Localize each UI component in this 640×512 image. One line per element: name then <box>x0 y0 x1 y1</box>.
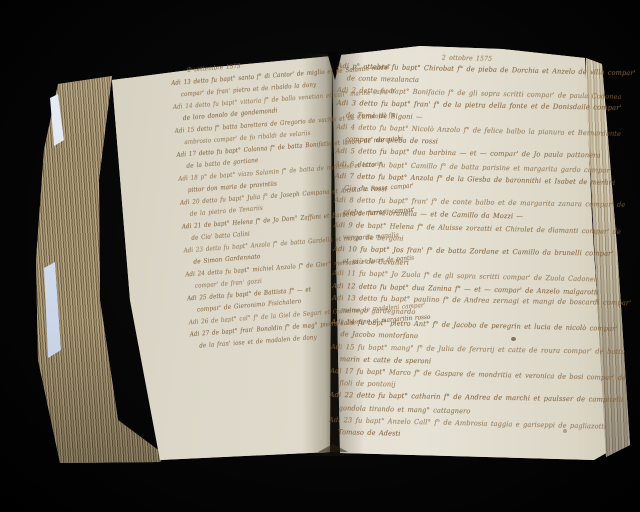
right-page-lines: Adi p° ottobre fu bapt° Chirobat f° de p… <box>329 60 592 444</box>
ink-spot-small <box>563 429 567 433</box>
photo-background: ✠ settembre 1575 Adi 13 detto fu bapt° s… <box>0 0 640 512</box>
ink-spot <box>511 337 516 341</box>
right-page-text: 2 ottobre 1575 Adi p° ottobre fu bapt° C… <box>329 50 592 444</box>
